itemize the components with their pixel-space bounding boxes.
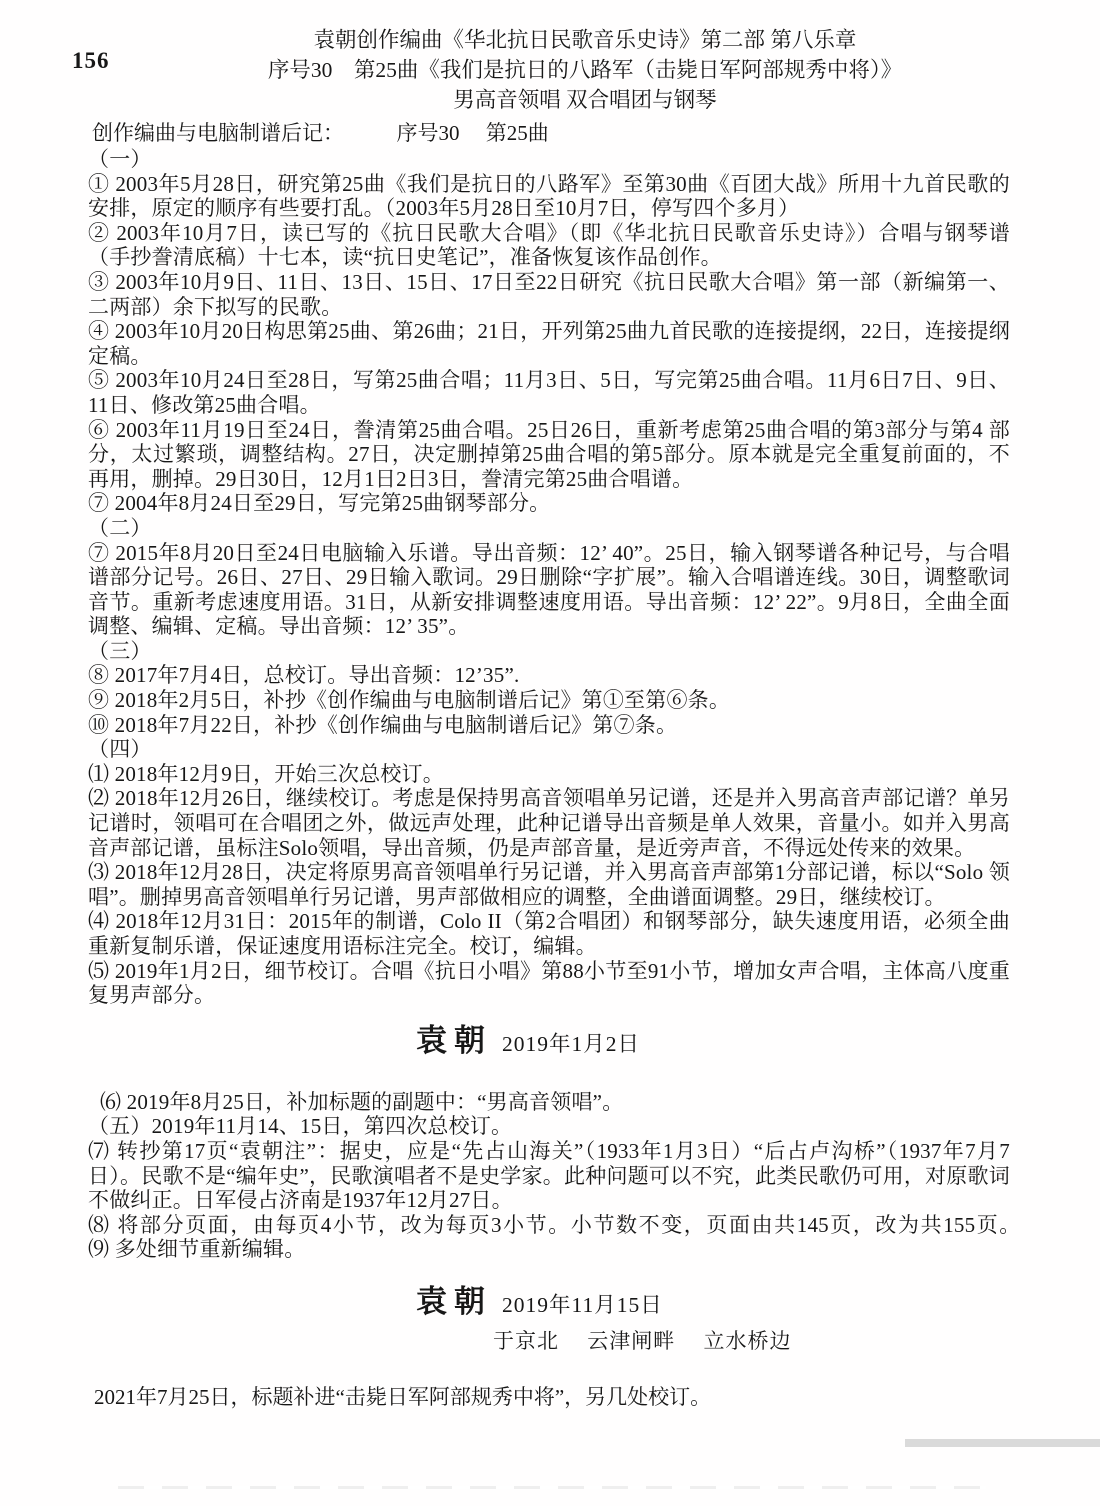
paragraph: ⑸ 2019年1月2日，细节校订。合唱《抗日小唱》第88小节至91小节，增加女声…	[88, 959, 1010, 1008]
paragraph: ⑹ 2019年8月25日，补加标题的副题中：“男高音领唱”。	[88, 1090, 1010, 1115]
paragraph: （二）	[88, 516, 1010, 541]
paragraph: （五）2019年11月14、15日，第四次总校订。	[88, 1114, 1010, 1139]
paragraph: （四）	[88, 737, 1010, 762]
paragraph: ⑤ 2003年10月24日至28日，写第25曲合唱；11月3日、5日，写完第25…	[88, 368, 1010, 417]
document-header: 袁朝创作编曲《华北抗日民歌音乐史诗》第二部 第八乐章 序号30 第25曲《我们是…	[0, 0, 1100, 115]
signature-name-2: 袁朝	[416, 1284, 492, 1319]
paragraph: ① 2003年5月28日，研究第25曲《我们是抗日的八路军》至第30曲《百团大战…	[88, 172, 1010, 221]
scanned-document-page: 156 袁朝创作编曲《华北抗日民歌音乐史诗》第二部 第八乐章 序号30 第25曲…	[0, 0, 1100, 1506]
paragraph: ⑴ 2018年12月9日，开始三次总校订。	[88, 762, 1010, 787]
signature-date-2: 2019年11月15日	[502, 1293, 663, 1317]
paragraph: ⑧ 2017年7月4日，总校订。导出音频：12’35”.	[88, 663, 1010, 688]
scan-artifact-edge	[118, 1486, 986, 1489]
paragraph: ② 2003年10月7日，读已写的《抗日民歌大合唱》（即《华北抗日民歌音乐史诗》…	[88, 221, 1010, 270]
paragraph: ⑩ 2018年7月22日，补抄《创作编曲与电脑制谱后记》第⑦条。	[88, 713, 1010, 738]
paragraph: ⑶ 2018年12月28日，决定将原男高音领唱单行另记谱，并入男高音声部第1分部…	[88, 860, 1010, 909]
paragraph: ⑺ 转抄第17页“袁朝注”：据史，应是“先占山海关”（1933年1月3日）“后占…	[88, 1139, 1010, 1213]
paragraph: ③ 2003年10月9日、11日、13日、15日、17日至22日研究《抗日民歌大…	[88, 270, 1010, 319]
paragraph: ⑻ 将部分页面，由每页4小节，改为每页3小节。小节数不变，页面由共145页，改为…	[88, 1213, 1010, 1262]
header-title-line1: 袁朝创作编曲《华北抗日民歌音乐史诗》第二部 第八乐章	[70, 25, 1100, 55]
postscript-heading: 创作编曲与电脑制谱后记： 序号30 第25曲	[92, 120, 1010, 146]
paragraph: （一）	[88, 147, 1010, 172]
paragraph: （三）	[88, 639, 1010, 664]
signature-date-1: 2019年1月2日	[502, 1032, 640, 1056]
signature-name-1: 袁朝	[416, 1023, 492, 1058]
postscript-section-2: ⑹ 2019年8月25日，补加标题的副题中：“男高音领唱”。（五）2019年11…	[88, 1090, 1010, 1262]
paragraph: ⑨ 2018年2月5日，补抄《创作编曲与电脑制谱后记》第①至第⑥条。	[88, 688, 1010, 713]
paragraph: ⑦ 2004年8月24日至29日，写完第25曲钢琴部分。	[88, 491, 1010, 516]
paragraph: ④ 2003年10月20日构思第25曲、第26曲；21日，开列第25曲九首民歌的…	[88, 319, 1010, 368]
paragraph: ⑦ 2015年8月20日至24日电脑输入乐谱。导出音频：12’ 40”。25日，…	[88, 541, 1010, 639]
paragraph: ⑵ 2018年12月26日，继续校订。考虑是保持男高音领唱单另记谱，还是并入男高…	[88, 786, 1010, 860]
page-number: 156	[72, 48, 110, 74]
signature-block-1: 袁朝2019年1月2日	[416, 1015, 1010, 1060]
postscript-section-1: （一）① 2003年5月28日，研究第25曲《我们是抗日的八路军》至第30曲《百…	[88, 147, 1010, 1008]
scan-artifact-band	[905, 1439, 1100, 1447]
header-subtitle: 男高音领唱 双合唱团与钢琴	[70, 85, 1100, 115]
paragraph: ⑥ 2003年11月19日至24日，誊清第25曲合唱。25日26日，重新考虑第2…	[88, 418, 1010, 492]
header-title-line2: 序号30 第25曲《我们是抗日的八路军（击毙日军阿部规秀中将）》	[70, 55, 1100, 85]
signature-place: 于京北 云津闸畔 立水桥边	[493, 1325, 1010, 1355]
document-content: 创作编曲与电脑制谱后记： 序号30 第25曲 （一）① 2003年5月28日，研…	[88, 120, 1010, 1410]
paragraph: ⑷ 2018年12月31日：2015年的制谱，Colo II（第2合唱团）和钢琴…	[88, 909, 1010, 958]
footer-note: 2021年7月25日，标题补进“击毙日军阿部规秀中将”，另几处校订。	[94, 1385, 1010, 1410]
signature-block-2: 袁朝2019年11月15日	[416, 1276, 1010, 1321]
